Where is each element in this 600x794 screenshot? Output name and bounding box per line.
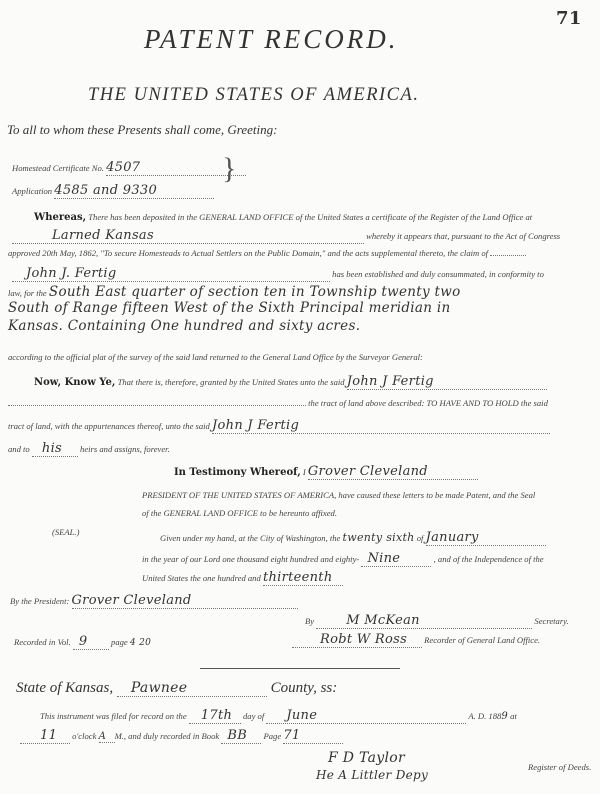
grant-day: twenty sixth bbox=[343, 531, 415, 544]
filed-meridiem: A bbox=[99, 731, 115, 743]
recorder-signature: Robt W Ross bbox=[292, 632, 422, 648]
claimant-name: John J. Fertig bbox=[12, 266, 330, 282]
seal: (SEAL.) bbox=[52, 527, 79, 537]
application-number: 4585 and 9330 bbox=[54, 183, 214, 199]
county-name: Pawnee bbox=[117, 680, 267, 697]
by-president-row: By the President: Grover Cleveland bbox=[10, 593, 298, 609]
page-number: 71 bbox=[556, 8, 582, 29]
testimony-line-6: United States the one hundred and thirte… bbox=[142, 570, 343, 586]
homestead-label: Homestead Certificate No. bbox=[12, 163, 104, 173]
secretary-row: By M McKean Secretary. bbox=[305, 613, 569, 629]
deputy-signature: He A Littler Depy bbox=[316, 768, 428, 782]
testimony-line-3: of the GENERAL LAND OFFICE to be hereunt… bbox=[142, 508, 337, 518]
testimony-line-2: PRESIDENT OF THE UNITED STATES OF AMERIC… bbox=[142, 490, 535, 500]
whereas-line-5: law, for the South East quarter of secti… bbox=[8, 284, 461, 300]
land-description-1: South East quarter of section ten in Tow… bbox=[49, 284, 461, 300]
independence-year: thirteenth bbox=[263, 570, 343, 586]
now-know-line-2: the tract of land above described: TO HA… bbox=[8, 398, 548, 408]
president-signature: Grover Cleveland bbox=[72, 593, 298, 609]
president-name: Grover Cleveland bbox=[308, 464, 478, 480]
whereas-lead: Whereas, bbox=[34, 212, 86, 223]
recorder-row: Robt W Ross Recorder of General Land Off… bbox=[292, 632, 540, 648]
application-label: Application bbox=[12, 186, 52, 196]
testimony-line-1: In Testimony Whereof, I Grover Cleveland bbox=[174, 464, 478, 480]
whereas-line-6: according to the official plat of the su… bbox=[8, 352, 423, 362]
recorded-row: Recorded in Vol. 9 page 4 20 bbox=[14, 634, 151, 650]
record-page: 4 20 bbox=[130, 638, 151, 648]
certificate-brace: } bbox=[222, 152, 236, 186]
record-volume: 9 bbox=[73, 634, 109, 650]
deed-page: 71 bbox=[283, 728, 343, 744]
section-divider bbox=[200, 668, 400, 669]
testimony-lead: In Testimony Whereof, bbox=[174, 467, 301, 478]
land-description-3: Kansas. Containing One hundred and sixty… bbox=[8, 318, 360, 334]
recorded-book-row: 11 o'clock AM., and duly recorded in Boo… bbox=[20, 728, 343, 744]
grantee-name: John J Fertig bbox=[347, 374, 547, 390]
whereas-line-1: Whereas, There has been deposited in the… bbox=[34, 212, 532, 223]
filed-hour: 11 bbox=[20, 728, 70, 744]
now-know-line-4: and to his heirs and assigns, forever. bbox=[8, 441, 170, 457]
grant-year: Nine bbox=[361, 551, 431, 567]
whereas-line-3: approved 20th May, 1862, "To secure Home… bbox=[8, 248, 526, 258]
land-description-2: South of Range fifteen West of the Sixth… bbox=[8, 300, 450, 316]
secretary-signature: M McKean bbox=[316, 613, 532, 629]
land-office: Larned Kansas bbox=[12, 228, 364, 244]
whereas-line-4: John J. Fertig has been established and … bbox=[12, 266, 544, 282]
now-know-line-3: tract of land, with the appurtenances th… bbox=[8, 418, 550, 434]
filed-year-digit: 9 bbox=[501, 711, 508, 722]
application-row: Application 4585 and 9330 bbox=[12, 183, 214, 199]
register-signature: F D Taylor bbox=[328, 750, 405, 766]
whereas-line-2: Larned Kansas whereby it appears that, p… bbox=[12, 228, 560, 244]
state-county-row: State of Kansas, Pawnee County, ss: bbox=[16, 680, 337, 697]
heir-pronoun: his bbox=[32, 441, 78, 457]
homestead-certificate-row: Homestead Certificate No. 4507 bbox=[12, 160, 246, 176]
now-know-lead: Now, Know Ye, bbox=[34, 377, 115, 388]
filed-day: 17th bbox=[189, 708, 241, 724]
document-title: PATENT RECORD. bbox=[144, 24, 399, 55]
greeting: To all to whom these Presents shall come… bbox=[7, 122, 277, 138]
filed-row: This instrument was filed for record on … bbox=[40, 708, 517, 724]
register-label: Register of Deeds. bbox=[528, 762, 591, 772]
now-know-line-1: Now, Know Ye, That there is, therefore, … bbox=[34, 374, 547, 390]
grantee-name-2: John J Fertig bbox=[212, 418, 550, 434]
testimony-line-5: in the year of our Lord one thousand eig… bbox=[142, 551, 544, 567]
grant-month: January bbox=[426, 530, 546, 546]
filed-month: June bbox=[266, 708, 466, 724]
testimony-line-4: Given under my hand, at the City of Wash… bbox=[160, 530, 546, 546]
deed-book: BB bbox=[221, 728, 261, 744]
document-subtitle: THE UNITED STATES OF AMERICA. bbox=[88, 85, 419, 106]
